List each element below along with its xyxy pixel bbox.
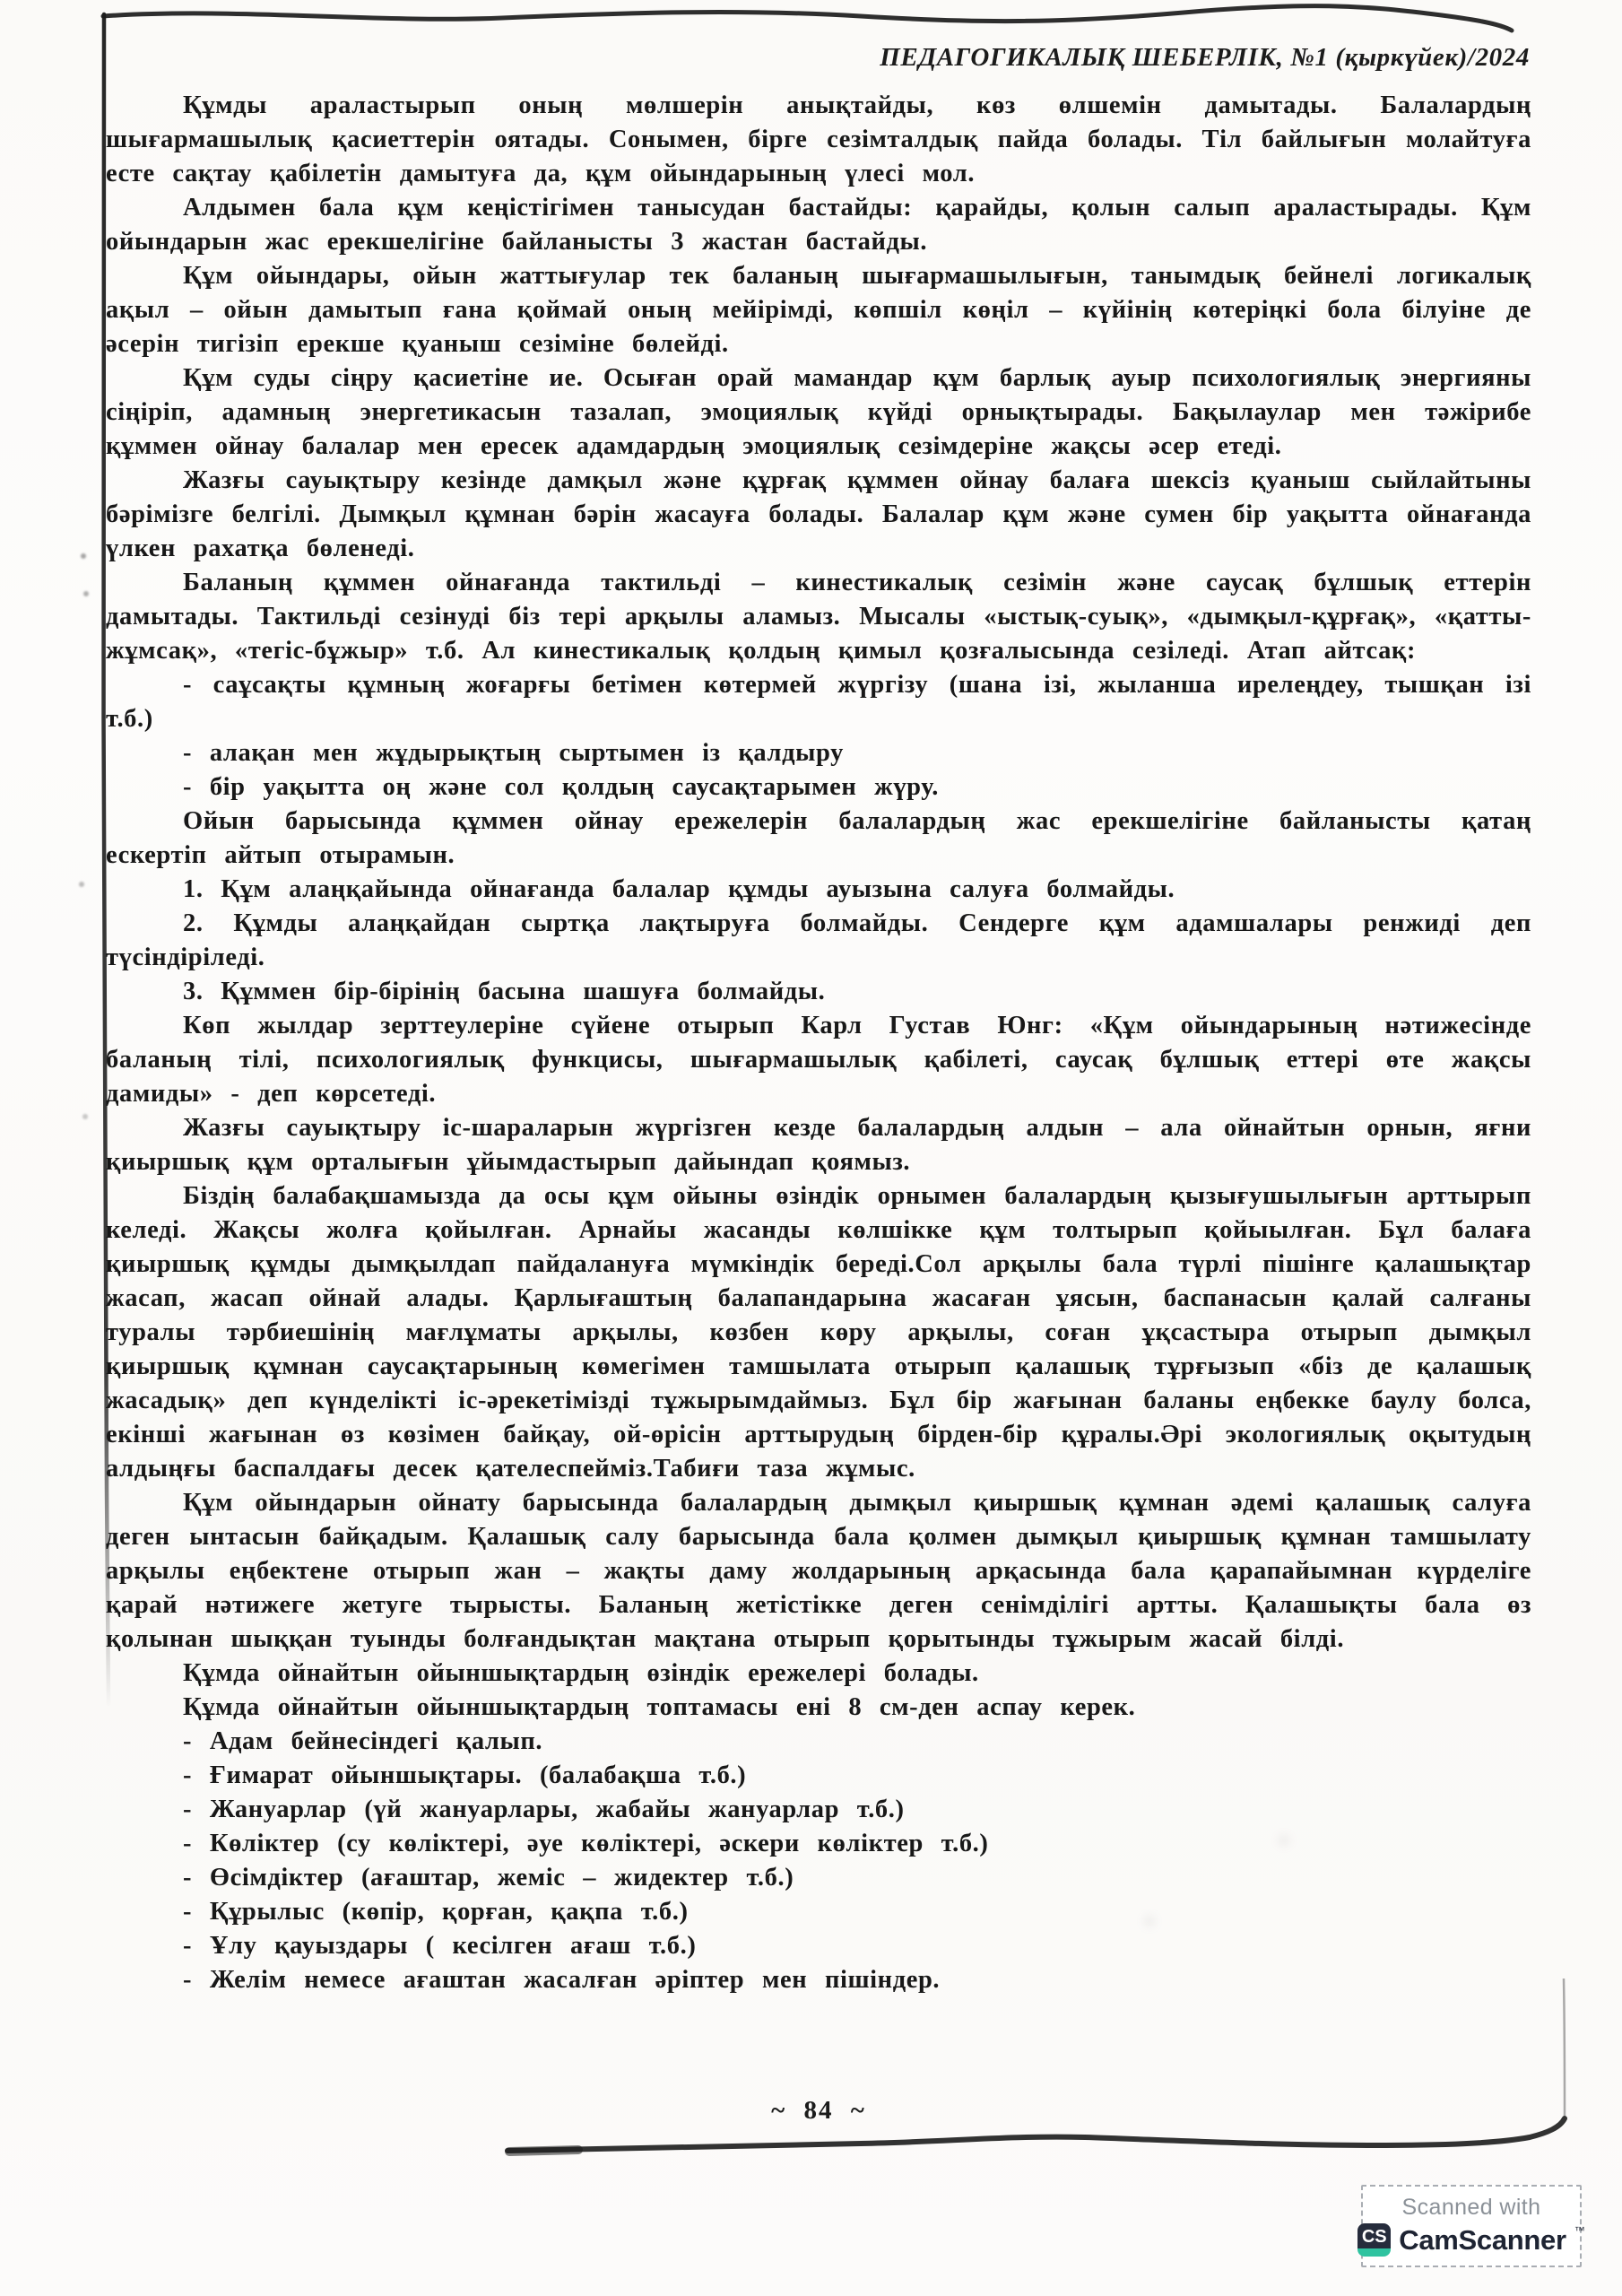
paragraph: Құм ойындарын ойнату барысында балаларды… (106, 1486, 1531, 1657)
paragraph: Құмда ойнайтын ойыншықтардың өзіндік ере… (106, 1657, 1531, 1691)
article-body: Құмды араластырып оның мөлшерін анықтайд… (106, 89, 1531, 1997)
scan-specks (0, 0, 4, 4)
paragraph: - Көліктер (су көліктері, әуе көліктері,… (106, 1827, 1531, 1861)
paragraph: - Ғимарат ойыншықтары. (балабақша т.б.) (106, 1759, 1531, 1793)
camscanner-logo-letters: CS (1362, 2228, 1387, 2246)
camscanner-brand-row: CS CamScanner ™ (1357, 2223, 1585, 2257)
right-edge-line (1564, 1979, 1565, 2117)
paragraph: - Өсімдіктер (ағаштар, жеміс – жидектер … (106, 1861, 1531, 1895)
paragraph: - Желім немесе ағаштан жасалған әріптер … (106, 1963, 1531, 1997)
top-edge-line (103, 6, 1512, 30)
paragraph: Құмда ойнайтын ойыншықтардың топтамасы е… (106, 1691, 1531, 1725)
camscanner-logo-icon: CS (1357, 2223, 1391, 2257)
trademark-symbol: ™ (1574, 2225, 1585, 2236)
paragraph: Құмды араластырып оның мөлшерін анықтайд… (106, 89, 1531, 191)
paragraph: Алдымен бала құм кеңістігімен танысудан … (106, 191, 1531, 259)
paragraph: Құм ойындары, ойын жаттығулар тек баланы… (106, 259, 1531, 361)
paragraph: - бір уақытта оң және сол қолдың саусақт… (106, 770, 1531, 804)
paragraph: Ойын барысында құммен ойнау ережелерін б… (106, 804, 1531, 873)
scanned-with-text: Scanned with (1402, 2196, 1541, 2219)
paragraph: - Жануарлар (үй жануарлары, жабайы жануа… (106, 1793, 1531, 1827)
paragraph: Жазғы сауықтыру іс-шараларын жүргізген к… (106, 1111, 1531, 1179)
camscanner-watermark: Scanned with CS CamScanner ™ (1361, 2185, 1582, 2267)
paragraph: 2. Құмды алаңқайдан сыртқа лақтыруға бол… (106, 907, 1531, 975)
paragraph: - Адам бейнесіндегі қалып. (106, 1725, 1531, 1759)
paragraph: - Құрылыс (көпір, қорған, қақпа т.б.) (106, 1895, 1531, 1929)
paragraph: 1. Құм алаңқайында ойнағанда балалар құм… (106, 873, 1531, 907)
paragraph: - Ұлу қауыздары ( кесілген ағаш т.б.) (106, 1929, 1531, 1963)
paragraph: Баланың құммен ойнағанда тактильді – кин… (106, 566, 1531, 668)
scanned-page: ПЕДАГОГИКАЛЫҚ ШЕБЕРЛІК, №1 (қыркүйек)/20… (0, 0, 1622, 2296)
paragraph: Құм суды сіңру қасиетіне ие. Осыған орай… (106, 361, 1531, 464)
journal-header: ПЕДАГОГИКАЛЫҚ ШЕБЕРЛІК, №1 (қыркүйек)/20… (106, 43, 1530, 73)
paragraph: Көп жылдар зерттеулеріне сүйене отырып К… (106, 1009, 1531, 1111)
paragraph: - саұсақты құмның жоғарғы бетімен көтерм… (106, 668, 1531, 736)
paragraph: 3. Құммен бір-бірінің басына шашуға болм… (106, 975, 1531, 1009)
camscanner-name: CamScanner (1399, 2226, 1566, 2254)
paragraph: - алақан мен жұдырықтың сыртымен із қалд… (106, 736, 1531, 770)
paragraph: Жазғы сауықтыру кезінде дамқыл және құрғ… (106, 464, 1531, 566)
paragraph: Біздің балабақшамызда да осы құм ойыны ө… (106, 1179, 1531, 1486)
page-number: ~ 84 ~ (106, 2096, 1531, 2126)
bottom-edge-blob (509, 2150, 578, 2152)
